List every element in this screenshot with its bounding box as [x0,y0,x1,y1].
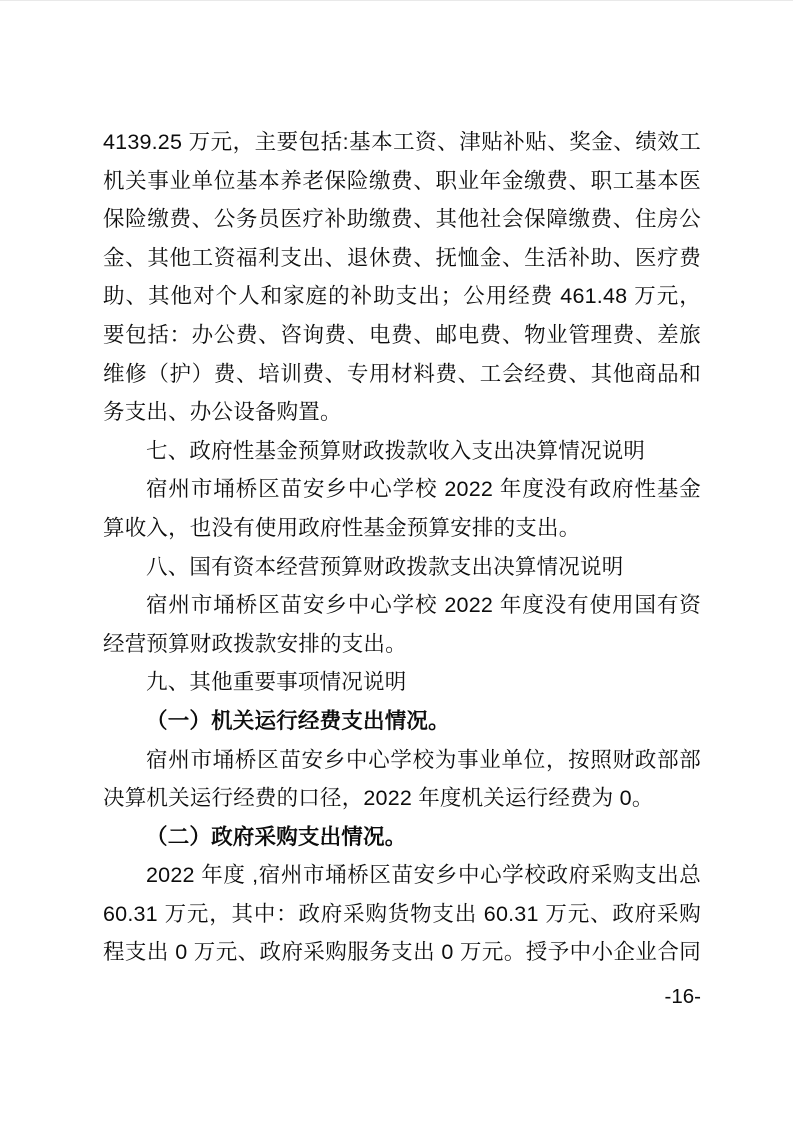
page-number: -16- [0,985,701,1009]
text-line: 维修（护）费、培训费、专用材料费、工会经费、其他商品和服 [103,355,701,394]
text-line: 八、国有资本经营预算财政拨款支出决算情况说明 [103,548,701,587]
text-line: 4139.25 万元，主要包括:基本工资、津贴补贴、奖金、绩效工资、 [103,123,701,162]
text-line: 60.31 万元，其中：政府采购货物支出 60.31 万元、政府采购工 [103,895,701,934]
text-line: （二）政府采购支出情况。 [103,818,701,857]
document-body: 4139.25 万元，主要包括:基本工资、津贴补贴、奖金、绩效工资、机关事业单位… [103,123,701,972]
text-line: 机关事业单位基本养老保险缴费、职业年金缴费、职工基本医疗 [103,162,701,201]
document-page: 4139.25 万元，主要包括:基本工资、津贴补贴、奖金、绩效工资、机关事业单位… [0,1,793,1122]
text-line: 宿州市埇桥区苗安乡中心学校 2022 年度没有使用国有资本 [103,586,701,625]
text-line: （一）机关运行经费支出情况。 [103,702,701,741]
text-line: 程支出 0 万元、政府采购服务支出 0 万元。授予中小企业合同金 [103,933,701,972]
text-line: 务支出、办公设备购置。 [103,393,701,432]
text-line: 要包括：办公费、咨询费、电费、邮电费、物业管理费、差旅费、 [103,316,701,355]
text-line: 宿州市埇桥区苗安乡中心学校 2022 年度没有政府性基金预 [103,470,701,509]
text-line: 算收入，也没有使用政府性基金预算安排的支出。 [103,509,701,548]
text-line: 经营预算财政拨款安排的支出。 [103,625,701,664]
text-line: 助、其他对个人和家庭的补助支出；公用经费 461.48 万元，主 [103,277,701,316]
text-line: 2022 年度 ,宿州市埇桥区苗安乡中心学校政府采购支出总额 [103,856,701,895]
text-line: 宿州市埇桥区苗安乡中心学校为事业单位，按照财政部部门 [103,741,701,780]
text-line: 七、政府性基金预算财政拨款收入支出决算情况说明 [103,432,701,471]
text-line: 金、其他工资福利支出、退休费、抚恤金、生活补助、医疗费补 [103,239,701,278]
text-line: 保险缴费、公务员医疗补助缴费、其他社会保障缴费、住房公积 [103,200,701,239]
text-line: 决算机关运行经费的口径，2022 年度机关运行经费为 0。 [103,779,701,818]
text-line: 九、其他重要事项情况说明 [103,663,701,702]
